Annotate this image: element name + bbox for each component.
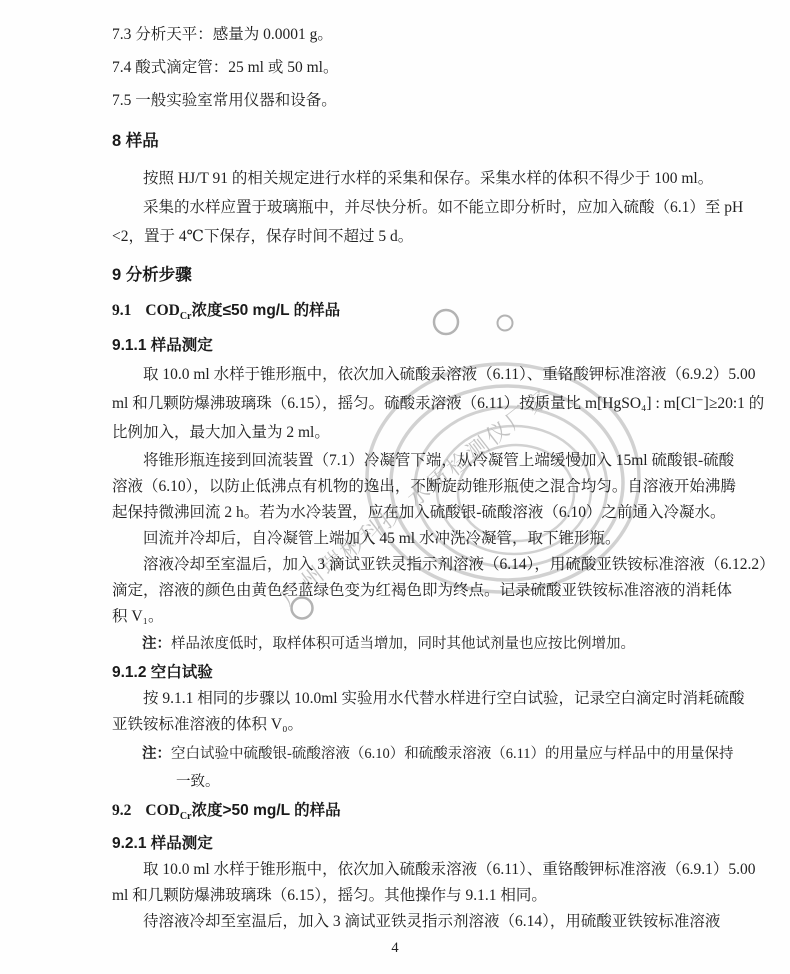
clause-7-4: 7.4 酸式滴定管：25 ml 或 50 ml。	[112, 53, 678, 82]
heading-9-1-text: 浓度≤50 mg/L 的样品	[192, 302, 341, 319]
sec911-para4-line1: 溶液冷却至室温后，加入 3 滴试亚铁灵指示剂溶液（6.14），用硫酸亚铁铵标准溶…	[112, 552, 678, 578]
sec911-para4-line2: 滴定，溶液的颜色由黄色经蓝绿色变为红褐色即为终点。记录硫酸亚铁铵标准溶液的消耗体	[112, 578, 678, 604]
sec8-line-3: <2，置于 4℃下保存，保存时间不超过 5 d。	[112, 222, 678, 251]
heading-8-sample: 8 样品	[112, 127, 678, 156]
sec911-para2-line3: 起保持微沸回流 2 h。若为水冷装置，应在加入硫酸银-硫酸溶液（6.10）之前通…	[112, 500, 678, 526]
sec8-line-1: 按照 HJ/T 91 的相关规定进行水样的采集和保存。采集水样的体积不得少于 1…	[112, 164, 678, 193]
heading-9-2-1: 9.2.1 样品测定	[112, 831, 678, 857]
heading-9-1: 9.1CODCr浓度≤50 mg/L 的样品	[112, 296, 678, 331]
note-label: 注：	[142, 746, 171, 762]
heading-9-2-text: 浓度>50 mg/L 的样品	[192, 802, 341, 819]
clause-7-3: 7.3 分析天平：感量为 0.0001 g。	[112, 20, 678, 49]
heading-9-2-number: 9.2	[112, 802, 131, 819]
sec911-para2-line1: 将锥形瓶连接到回流装置（7.1）冷凝管下端，从冷凝管上端缓慢加入 15ml 硫酸…	[112, 448, 678, 474]
sec911-para1-line3: 比例加入，最大加入量为 2 ml。	[112, 418, 678, 447]
heading-9-1-1: 9.1.1 样品测定	[112, 331, 678, 360]
heading-9-1-number: 9.1	[112, 302, 131, 319]
sec911-para3: 回流并冷却后，自冷凝管上端加入 45 ml 水冲洗冷凝管，取下锥形瓶。	[112, 526, 678, 552]
heading-9-2: 9.2CODCr浓度>50 mg/L 的样品	[112, 796, 678, 831]
cod-subscript: Cr	[180, 811, 192, 822]
cod-label: COD	[145, 302, 179, 319]
sec912-line2: 亚铁铵标准溶液的体积 V₀。	[112, 712, 678, 738]
heading-9-analysis-steps: 9 分析步骤	[112, 261, 678, 290]
note-9-1-1: 注：样品浓度低时，取样体积可适当增加，同时其他试剂量也应按比例增加。	[142, 630, 678, 658]
sec911-para1-line1: 取 10.0 ml 水样于锥形瓶中，依次加入硫酸汞溶液（6.11）、重铬酸钾标准…	[112, 360, 678, 389]
document-content: 7.3 分析天平：感量为 0.0001 g。 7.4 酸式滴定管：25 ml 或…	[112, 20, 678, 935]
sec921-para1-line2: ml 和几颗防爆沸玻璃珠（6.15），摇匀。其他操作与 9.1.1 相同。	[112, 883, 678, 909]
sec912-line1: 按 9.1.1 相同的步骤以 10.0ml 实验用水代替水样进行空白试验，记录空…	[112, 686, 678, 712]
note-text: 空白试验中硫酸银-硫酸溶液（6.10）和硫酸汞溶液（6.11）的用量应与样品中的…	[171, 746, 734, 762]
note-9-1-2: 注：空白试验中硫酸银-硫酸溶液（6.10）和硫酸汞溶液（6.11）的用量应与样品…	[142, 740, 678, 768]
cod-label: COD	[145, 802, 179, 819]
sec911-para2-line2: 溶液（6.10），以防止低沸点有机物的逸出，不断旋动锥形瓶使之混合均匀。自溶液开…	[112, 474, 678, 500]
sec911-para4-line3: 积 V₁。	[112, 604, 678, 630]
note-text: 样品浓度低时，取样体积可适当增加，同时其他试剂量也应按比例增加。	[171, 636, 635, 652]
note-label: 注：	[142, 636, 171, 652]
page-number: 4	[0, 940, 790, 957]
note-9-1-2-continuation: 一致。	[176, 768, 678, 796]
sec921-para1-line1: 取 10.0 ml 水样于锥形瓶中，依次加入硫酸汞溶液（6.11）、重铬酸钾标准…	[112, 857, 678, 883]
cod-subscript: Cr	[180, 311, 192, 322]
sec921-para2-line1: 待溶液冷却至室温后，加入 3 滴试亚铁灵指示剂溶液（6.14），用硫酸亚铁铵标准…	[112, 909, 678, 935]
sec8-line-2: 采集的水样应置于玻璃瓶中，并尽快分析。如不能立即分析时，应加入硫酸（6.1）至 …	[112, 193, 678, 222]
clause-7-5: 7.5 一般实验室常用仪器和设备。	[112, 86, 678, 115]
sec911-para1-line2: ml 和几颗防爆沸玻璃珠（6.15），摇匀。硫酸汞溶液（6.11）按质量比 m[…	[112, 389, 678, 418]
heading-9-1-2: 9.1.2 空白试验	[112, 660, 678, 686]
